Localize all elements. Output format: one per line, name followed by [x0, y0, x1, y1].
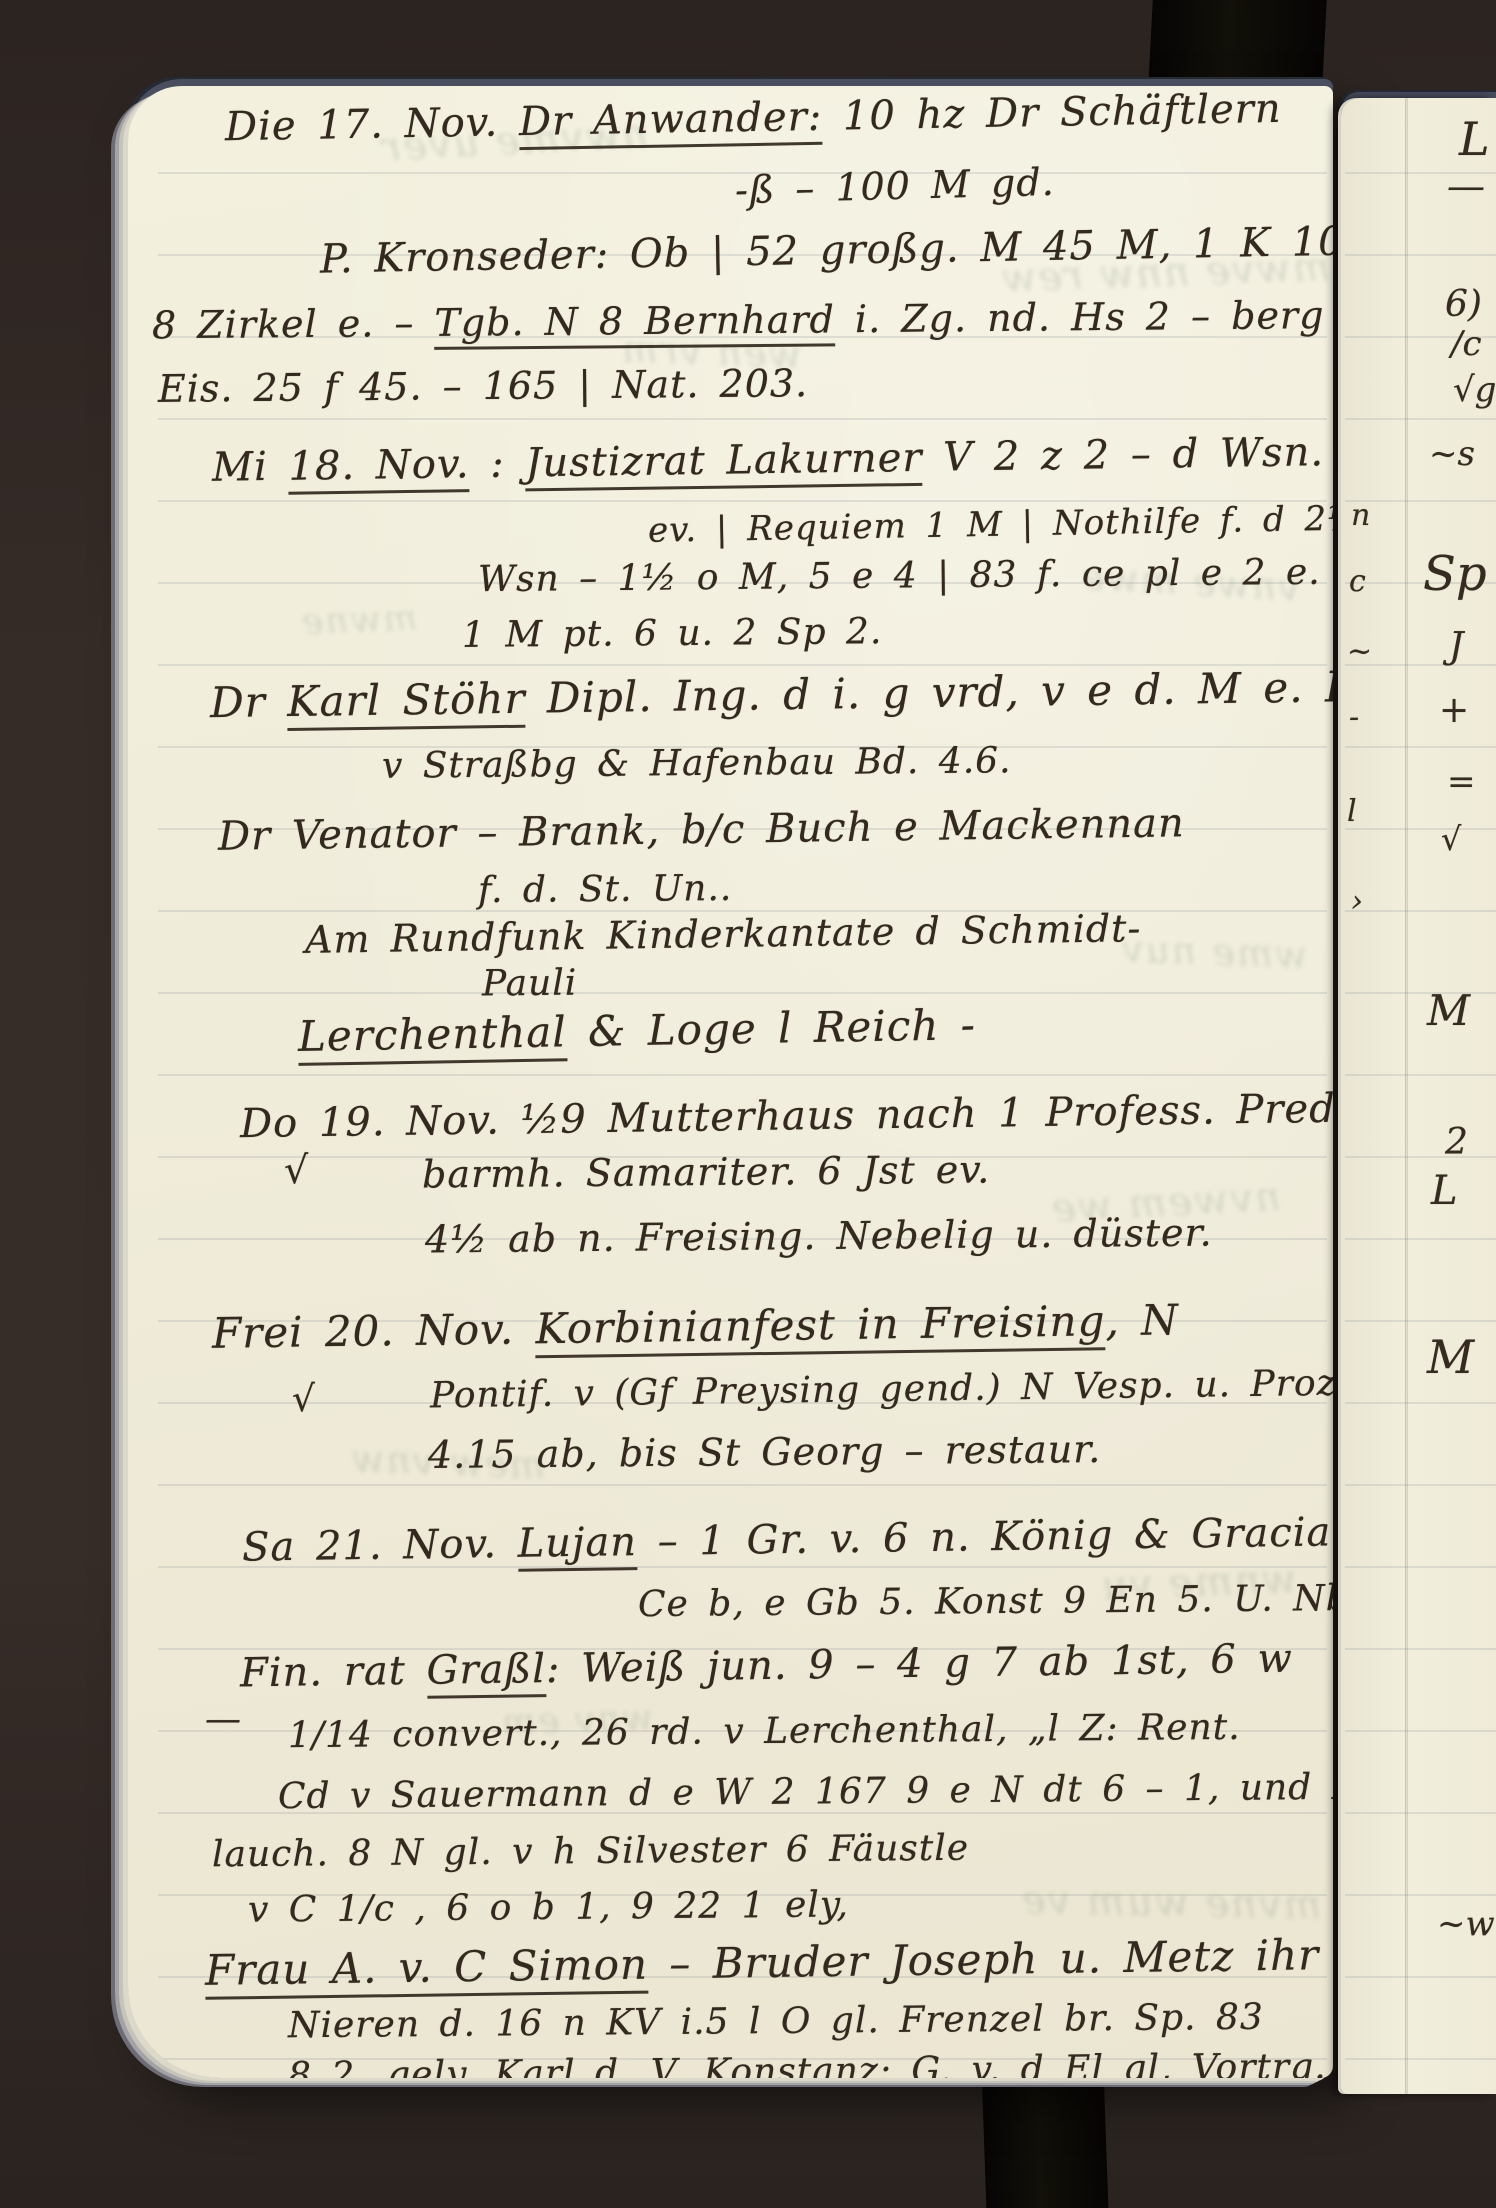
handwritten-text: barmh. Samariter. 6 Jst ev.	[422, 1148, 991, 1197]
rule-line	[1345, 746, 1496, 748]
handwritten-text: & Loge l Reich -	[566, 1000, 976, 1056]
rule-line	[1345, 418, 1496, 420]
handwritten-text: √	[292, 1379, 316, 1420]
handwriting-fragment: 6)	[1445, 284, 1482, 325]
handwritten-text: Die 17. Nov.	[225, 99, 520, 150]
handwritten-line: Dr Venator – Brank, b/c Buch e Mackennan	[218, 801, 1185, 858]
ink-bleedthrough: mwne	[299, 598, 418, 643]
rule-line	[1345, 2058, 1496, 2060]
handwritten-text: Eis. 25 f 45. – 165 | Nat. 203.	[158, 361, 809, 411]
handwritten-line: 8 Zirkel e. – Tgb. N 8 Bernhard i. Zg. n…	[152, 295, 1333, 347]
handwritten-line: Nieren d. 16 n KV i.5 l O gl. Frenzel br…	[288, 1998, 1264, 2046]
handwritten-text: -ß – 100 M gd.	[734, 160, 1055, 212]
underlined-text: Justizrat Lakurner	[525, 435, 923, 492]
handwritten-line: 4½ ab n. Freising. Nebelig u. düster.	[425, 1213, 1213, 1262]
handwritten-line: Pontif. v (Gf Preysing gend.) N Vesp. u.…	[430, 1364, 1333, 1416]
handwritten-text: Pauli	[482, 963, 578, 1005]
handwritten-text: Cd v Sauermann d e W 2 167 9 e N dt 6 – …	[278, 1766, 1333, 1817]
rule-line	[1345, 1648, 1496, 1650]
handwritten-line: √	[284, 1150, 309, 1192]
handwritten-text: 4.15 ab, bis St Georg – restaur.	[428, 1427, 1102, 1477]
handwriting-fragment: √	[1441, 820, 1461, 858]
handwritten-text: : Weiß jun. 9 – 4 g 7 ab 1st, 6 w	[546, 1636, 1293, 1692]
handwritten-text: ev. | Requiem 1 M | Nothilfe f. d 2½ M.	[648, 497, 1333, 551]
handwriting-fragment: ~w	[1437, 1904, 1495, 1944]
handwritten-text: f. d. St. Un..	[478, 868, 733, 911]
notebook-page: nwvme uverwen vrmmwve nnw rewvnwe mwemwn…	[128, 86, 1333, 2078]
rule-line	[1345, 254, 1496, 256]
handwritten-line: Frei 20. Nov. Korbinianfest in Freising,…	[212, 1297, 1179, 1357]
handwritten-text: Pontif. v (Gf Preysing gend.) N Vesp. u.…	[430, 1363, 1333, 1417]
handwritten-text: v Straßbg & Hafenbau Bd. 4.6.	[382, 740, 1012, 786]
handwriting-fragment: n	[1351, 498, 1370, 533]
underlined-text: Frau A. v. C Simon	[205, 1940, 649, 2000]
handwritten-line: 8 2. gely. Karl d. V. Konstanz: G. v. d …	[288, 2047, 1327, 2078]
rule-line	[1345, 1812, 1496, 1814]
handwritten-line: Ce b, e Gb 5. Konst 9 En 5. U. Nb.	[638, 1579, 1333, 1625]
handwritten-line: ev. | Requiem 1 M | Nothilfe f. d 2½ M.	[648, 499, 1333, 550]
rule-line	[1345, 1320, 1496, 1322]
handwritten-line: v C 1/c , 6 o b 1, 9 22 1 ely,	[248, 1885, 849, 1930]
handwritten-line: Cd v Sauermann d e W 2 167 9 e N dt 6 – …	[278, 1767, 1333, 1817]
underlined-text: 18. Nov.	[288, 441, 470, 495]
page-crease	[1405, 98, 1408, 2094]
handwritten-line: lauch. 8 N gl. v h Silvester 6 Fäustle	[212, 1829, 969, 1875]
adjacent-page-edge: L—6)/c√g~sSpJ+=√M2LM~wnc~-l›	[1341, 98, 1496, 2094]
handwritten-text: Frei 20. Nov.	[212, 1304, 536, 1358]
rule-line	[1345, 1074, 1496, 1076]
handwriting-fragment: L	[1459, 112, 1490, 166]
rule-line	[1345, 1484, 1496, 1486]
handwritten-line: √	[292, 1380, 316, 1420]
handwritten-line: barmh. Samariter. 6 Jst ev.	[422, 1150, 991, 1197]
rule-line	[1345, 1894, 1496, 1896]
handwritten-text: Am Rundfunk Kinderkantate d Schmidt-	[305, 906, 1142, 962]
handwriting-fragment: 2	[1445, 1122, 1468, 1163]
rule-line	[158, 418, 1327, 420]
handwritten-line: Dr Karl Stöhr Dipl. Ing. d i. g vrd, v e…	[210, 664, 1333, 726]
handwritten-line: Pauli	[482, 964, 578, 1004]
handwritten-text: 4½ ab n. Freising. Nebelig u. düster.	[425, 1211, 1213, 1262]
handwritten-text: lauch. 8 N gl. v h Silvester 6 Fäustle	[212, 1828, 969, 1876]
handwritten-line: Do 19. Nov. ½9 Mutterhaus nach 1 Profess…	[240, 1086, 1333, 1146]
handwriting-fragment: L	[1431, 1168, 1458, 1214]
rule-line	[1345, 1238, 1496, 1240]
handwritten-line: -ß – 100 M gd.	[735, 162, 1056, 212]
handwriting-fragment: /c	[1451, 324, 1482, 364]
handwritten-line: v Straßbg & Hafenbau Bd. 4.6.	[382, 741, 1012, 786]
rule-line	[1345, 1156, 1496, 1158]
handwriting-fragment: ›	[1351, 884, 1363, 919]
handwriting-fragment: Sp	[1423, 546, 1487, 602]
handwritten-line: 4.15 ab, bis St Georg – restaur.	[428, 1429, 1102, 1477]
underlined-text: Lerchenthal	[298, 1007, 568, 1066]
handwritten-text: 1 M pt. 6 u. 2 Sp 2.	[462, 611, 883, 656]
underlined-text: Tgb. N 8 Bernhard	[434, 297, 835, 349]
handwritten-text: Do 19. Nov. ½9 Mutterhaus nach 1 Profess…	[240, 1085, 1333, 1147]
handwriting-fragment: ~s	[1429, 434, 1475, 474]
handwritten-text: 8 Zirkel e. –	[152, 301, 435, 347]
handwritten-text: Dipl. Ing. d i. g vrd, v e d. M e. B.	[525, 662, 1333, 723]
handwritten-line: 1 M pt. 6 u. 2 Sp 2.	[462, 612, 883, 655]
handwritten-line: Die 17. Nov. Dr Anwander: 10 hz Dr Schäf…	[225, 87, 1282, 149]
handwritten-text: Nieren d. 16 n KV i.5 l O gl. Frenzel br…	[288, 1997, 1264, 2047]
handwritten-line: f. d. St. Un..	[478, 869, 733, 911]
rule-line	[1345, 828, 1496, 830]
handwritten-line: Frau A. v. C Simon – Bruder Joseph u. Me…	[205, 1932, 1320, 1994]
handwritten-text: – Bruder Joseph u. Metz ihr	[648, 1930, 1320, 1988]
rule-line	[1345, 1402, 1496, 1404]
handwritten-text: :	[469, 440, 526, 487]
handwritten-line: Fin. rat Graßl: Weiß jun. 9 – 4 g 7 ab 1…	[240, 1637, 1293, 1696]
handwriting-fragment: +	[1439, 690, 1469, 731]
underlined-text: Karl Stöhr	[287, 674, 526, 731]
handwritten-line: Eis. 25 f 45. – 165 | Nat. 203.	[158, 363, 808, 410]
underlined-text: Lujan	[517, 1519, 637, 1572]
ink-bleedthrough: wme nuv	[1119, 927, 1308, 978]
handwriting-fragment: -	[1349, 700, 1359, 735]
rule-line	[1345, 1566, 1496, 1568]
rule-line	[1345, 910, 1496, 912]
handwritten-text: v C 1/c , 6 o b 1, 9 22 1 ely,	[248, 1884, 849, 1930]
elastic-strap-bottom	[982, 2070, 1109, 2208]
rule-line	[1345, 992, 1496, 994]
handwritten-text: Dr Venator – Brank, b/c Buch e Mackennan	[218, 800, 1185, 859]
handwritten-line: Wsn – 1½ o M, 5 e 4 | 83 f. ce pl e 2 e.…	[478, 552, 1333, 600]
rule-line	[158, 1484, 1327, 1486]
handwriting-fragment: =	[1447, 762, 1476, 802]
handwriting-fragment: l	[1347, 794, 1357, 829]
handwritten-text: – 1 Gr. v. 6 n. König & Gracia	[637, 1509, 1332, 1565]
handwriting-fragment: M	[1427, 1330, 1474, 1384]
handwritten-text: V 2 z 2 – d Wsn.	[922, 429, 1324, 481]
underlined-text: Dr Anwander:	[519, 94, 823, 150]
handwritten-text: i. Zg. nd. Hs 2 – berg 8	[835, 293, 1333, 342]
rule-line	[1345, 1976, 1496, 1978]
handwritten-text: Wsn – 1½ o M, 5 e 4 | 83 f. ce pl e 2 e.…	[478, 551, 1333, 600]
handwriting-fragment: J	[1449, 626, 1463, 667]
rule-line	[158, 992, 1327, 994]
handwritten-line: 1/14 convert., 26 rd. v Lerchenthal, „l …	[288, 1708, 1241, 1756]
handwritten-text: —	[205, 1699, 242, 1740]
handwriting-fragment: √g	[1453, 370, 1496, 410]
handwritten-text: 10 hz Dr Schäftlern	[822, 86, 1282, 140]
photo-backdrop: { "meta": { "kind": "handwritten diary p…	[0, 0, 1496, 2208]
rule-line	[158, 1074, 1327, 1076]
handwritten-text: 1/14 convert., 26 rd. v Lerchenthal, „l …	[288, 1707, 1241, 1756]
ink-bleedthrough: mvne wum ve	[1020, 1877, 1322, 1928]
handwritten-text: Sa 21. Nov.	[242, 1521, 518, 1571]
handwriting-fragment: M	[1427, 986, 1470, 1035]
rule-line	[1345, 1730, 1496, 1732]
handwritten-text: Mi	[212, 444, 289, 491]
underlined-text: Korbinianfest in Freising	[535, 1296, 1106, 1358]
handwritten-text: 8 2. gely. Karl d. V. Konstanz: G. v. d …	[288, 2046, 1327, 2078]
underlined-text: Graßl	[426, 1646, 546, 1699]
handwritten-line: —	[205, 1700, 242, 1740]
handwritten-line: Lerchenthal & Loge l Reich -	[298, 1002, 977, 1060]
handwriting-fragment: ~	[1347, 634, 1372, 669]
handwritten-line: Am Rundfunk Kinderkantate d Schmidt-	[305, 908, 1142, 961]
handwritten-text: Fin. rat	[240, 1648, 427, 1697]
handwritten-text: Dr	[210, 677, 288, 727]
handwritten-line: Mi 18. Nov. : Justizrat Lakurner V 2 z 2…	[212, 430, 1325, 490]
handwritten-text: √	[284, 1148, 309, 1192]
handwriting-fragment: c	[1349, 564, 1366, 599]
handwritten-text: Ce b, e Gb 5. Konst 9 En 5. U. Nb.	[638, 1578, 1333, 1625]
handwriting-fragment: —	[1447, 164, 1485, 208]
handwritten-text: , N	[1105, 1295, 1179, 1345]
